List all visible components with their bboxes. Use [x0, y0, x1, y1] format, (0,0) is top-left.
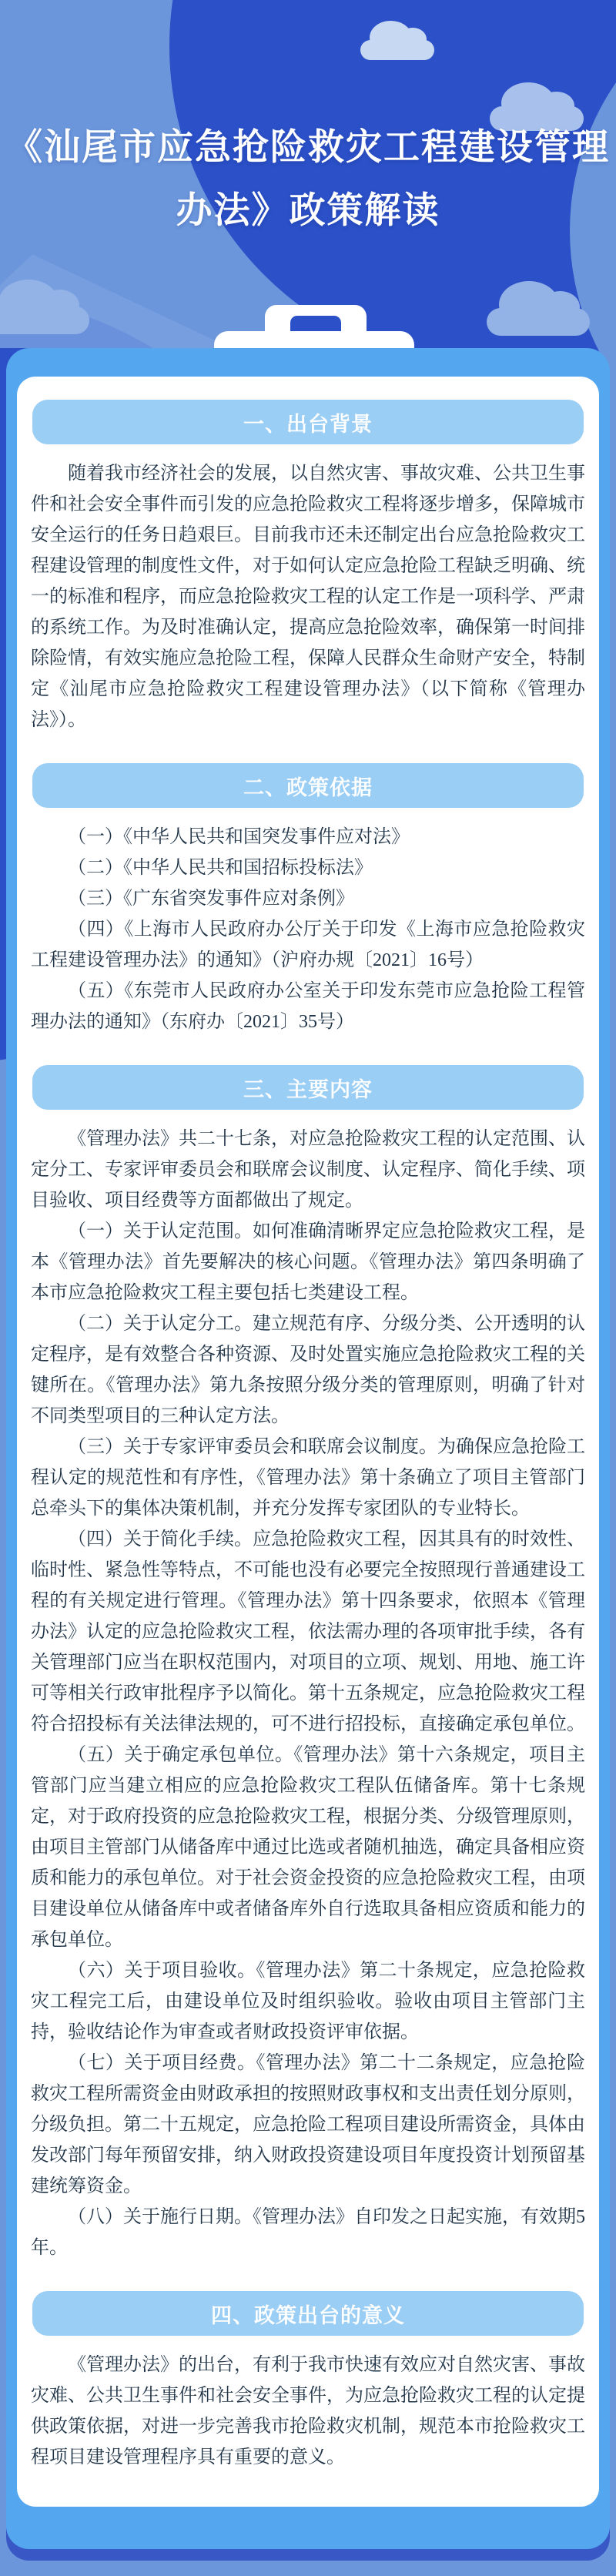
paragraph: （六）关于项目验收。《管理办法》第二十条规定，应急抢险救灾工程完工后，由建设单位… [31, 1955, 585, 2048]
section-banner: 二、政策依据 [32, 763, 584, 808]
cloud-icon [487, 308, 590, 336]
section-body: 随着我市经济社会的发展，以自然灾害、事故灾难、公共卫生事件和社会安全事件而引发的… [31, 458, 585, 735]
section-body: （一）《中华人民共和国突发事件应对法》（二）《中华人民共和国招标投标法》（三）《… [31, 822, 585, 1037]
paragraph: 《管理办法》共二十七条，对应急抢险救灾工程的认定范围、认定分工、专家评审委员会和… [31, 1124, 585, 1216]
list-item: （二）《中华人民共和国招标投标法》 [31, 853, 585, 883]
paragraph: （四）关于简化手续。应急抢险救灾工程，因其具有的时效性、临时性、紧急性等特点，不… [31, 1524, 585, 1740]
policy-poster: 《汕尾市应急抢险救灾工程建设管理办法》政策解读 一、出台背景 随着我市经济社会的… [0, 0, 616, 2576]
paragraph: （一）关于认定范围。如何准确清晰界定应急抢险救灾工程，是本《管理办法》首先要解决… [31, 1216, 585, 1308]
paragraph: （二）关于认定分工。建立规范有序、分级分类、公开透明的认定程序，是有效整合各种资… [31, 1308, 585, 1432]
page-title-line1: 《汕尾市应急抢险救灾工程建设管理 [6, 126, 610, 167]
section-policy-basis: 二、政策依据 （一）《中华人民共和国突发事件应对法》（二）《中华人民共和国招标投… [31, 763, 585, 1037]
cloud-icon [360, 40, 434, 60]
paragraph: （三）关于专家评审委员会和联席会议制度。为确保应急抢险工程认定的规范性和有序性，… [31, 1432, 585, 1524]
section-body: 《管理办法》的出台，有利于我市快速有效应对自然灾害、事故灾难、公共卫生事件和社会… [31, 2350, 585, 2473]
paragraph: 随着我市经济社会的发展，以自然灾害、事故灾难、公共卫生事件和社会安全事件而引发的… [31, 458, 585, 735]
list-item: （四）《上海市人民政府办公厅关于印发《上海市应急抢险救灾工程建设管理办法》的通知… [31, 914, 585, 976]
paragraph: 《管理办法》的出台，有利于我市快速有效应对自然灾害、事故灾难、公共卫生事件和社会… [31, 2350, 585, 2473]
paragraph: （七）关于项目经费。《管理办法》第二十二条规定，应急抢险救灾工程所需资金由财政承… [31, 2048, 585, 2202]
page-title-line2: 办法》政策解读 [176, 189, 440, 230]
section-body: 《管理办法》共二十七条，对应急抢险救灾工程的认定范围、认定分工、专家评审委员会和… [31, 1124, 585, 2263]
section-banner: 四、政策出台的意义 [32, 2291, 584, 2336]
section-main-content: 三、主要内容 《管理办法》共二十七条，对应急抢险救灾工程的认定范围、认定分工、专… [31, 1065, 585, 2263]
page-title: 《汕尾市应急抢险救灾工程建设管理办法》政策解读 [0, 116, 616, 242]
section-significance: 四、政策出台的意义 《管理办法》的出台，有利于我市快速有效应对自然灾害、事故灾难… [31, 2291, 585, 2473]
paragraph: （八）关于施行日期。《管理办法》自印发之日起实施，有效期5年。 [31, 2202, 585, 2263]
section-banner: 一、出台背景 [32, 400, 584, 444]
content-card: 一、出台背景 随着我市经济社会的发展，以自然灾害、事故灾难、公共卫生事件和社会安… [6, 348, 610, 2549]
content-card-inner: 一、出台背景 随着我市经济社会的发展，以自然灾害、事故灾难、公共卫生事件和社会安… [17, 377, 599, 2507]
list-item: （五）《东莞市人民政府办公室关于印发东莞市应急抢险工程管理办法的通知》（东府办〔… [31, 976, 585, 1037]
section-background: 一、出台背景 随着我市经济社会的发展，以自然灾害、事故灾难、公共卫生事件和社会安… [31, 400, 585, 735]
list-item: （一）《中华人民共和国突发事件应对法》 [31, 822, 585, 853]
cloud-icon [0, 307, 89, 334]
paragraph: （五）关于确定承包单位。《管理办法》第十六条规定，项目主管部门应当建立相应的应急… [31, 1740, 585, 1955]
list-item: （三）《广东省突发事件应对条例》 [31, 883, 585, 914]
section-banner: 三、主要内容 [32, 1065, 584, 1110]
